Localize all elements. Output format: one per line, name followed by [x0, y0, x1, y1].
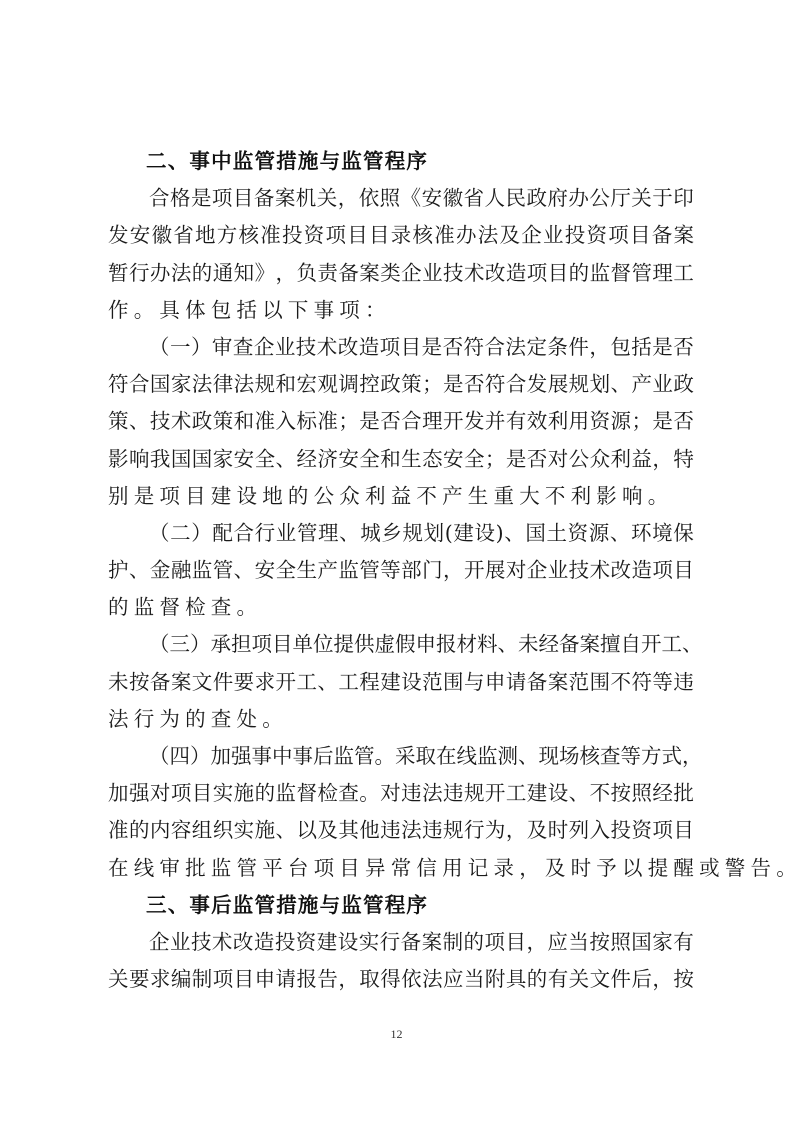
text-line: 法行为的查处。 — [108, 701, 694, 738]
text-line: 发安徽省地方核准投资项目目录核准办法及企业投资项目备案 — [108, 217, 694, 254]
text-line: 策、技术政策和准入标准；是否合理开发并有效利用资源；是否 — [108, 403, 694, 440]
text-line: （一）审查企业技术改造项目是否符合法定条件，包括是否 — [108, 329, 694, 366]
text-line: 准的内容组织实施、以及其他违法违规行为，及时列入投资项目 — [108, 812, 694, 849]
text-line: 护、金融监管、安全生产监管等部门，开展对企业技术改造项目 — [108, 552, 694, 589]
text-line: 暂行办法的通知》，负责备案类企业技术改造项目的监督管理工 — [108, 255, 694, 292]
text-line: 关要求编制项目申请报告，取得依法应当附具的有关文件后，按 — [108, 961, 694, 998]
paragraph: 企业技术改造投资建设实行备案制的项目，应当按照国家有关要求编制项目申请报告，取得… — [108, 924, 694, 998]
text-line: 符合国家法律法规和宏观调控政策；是否符合发展规划、产业政 — [108, 366, 694, 403]
text-line: 的监督检查。 — [108, 589, 694, 626]
text-line: 未按备案文件要求开工、工程建设范围与申请备案范围不符等违 — [108, 664, 694, 701]
text-line: 加强对项目实施的监督检查。对违法违规开工建设、不按照经批 — [108, 775, 694, 812]
section-heading: 三、事后监管措施与监管程序 — [108, 887, 694, 924]
text-line: 别是项目建设地的公众利益不产生重大不利影响。 — [108, 478, 694, 515]
text-line: 合格是项目备案机关，依照《安徽省人民政府办公厅关于印 — [108, 180, 694, 217]
text-line: 作。具体包括以下事项： — [108, 292, 694, 329]
section-heading: 二、事中监管措施与监管程序 — [108, 143, 694, 180]
page-number: 12 — [0, 1027, 793, 1042]
text-line: （四）加强事中事后监管。采取在线监测、现场核查等方式， — [108, 738, 694, 775]
paragraph: （一）审查企业技术改造项目是否符合法定条件，包括是否符合国家法律法规和宏观调控政… — [108, 329, 694, 515]
paragraph: （四）加强事中事后监管。采取在线监测、现场核查等方式，加强对项目实施的监督检查。… — [108, 738, 694, 887]
text-line: 企业技术改造投资建设实行备案制的项目，应当按照国家有 — [108, 924, 694, 961]
text-line: （二）配合行业管理、城乡规划(建设)、国土资源、环境保 — [108, 515, 694, 552]
paragraph: （二）配合行业管理、城乡规划(建设)、国土资源、环境保护、金融监管、安全生产监管… — [108, 515, 694, 627]
text-line: 在线审批监管平台项目异常信用记录，及时予以提醒或警告。 — [108, 850, 694, 887]
paragraph: （三）承担项目单位提供虚假申报材料、未经备案擅自开工、未按备案文件要求开工、工程… — [108, 626, 694, 738]
text-line: （三）承担项目单位提供虚假申报材料、未经备案擅自开工、 — [108, 626, 694, 663]
paragraph: 合格是项目备案机关，依照《安徽省人民政府办公厅关于印发安徽省地方核准投资项目目录… — [108, 180, 694, 329]
document-page: 二、事中监管措施与监管程序合格是项目备案机关，依照《安徽省人民政府办公厅关于印发… — [108, 143, 694, 998]
text-line: 影响我国国家安全、经济安全和生态安全；是否对公众利益，特 — [108, 441, 694, 478]
